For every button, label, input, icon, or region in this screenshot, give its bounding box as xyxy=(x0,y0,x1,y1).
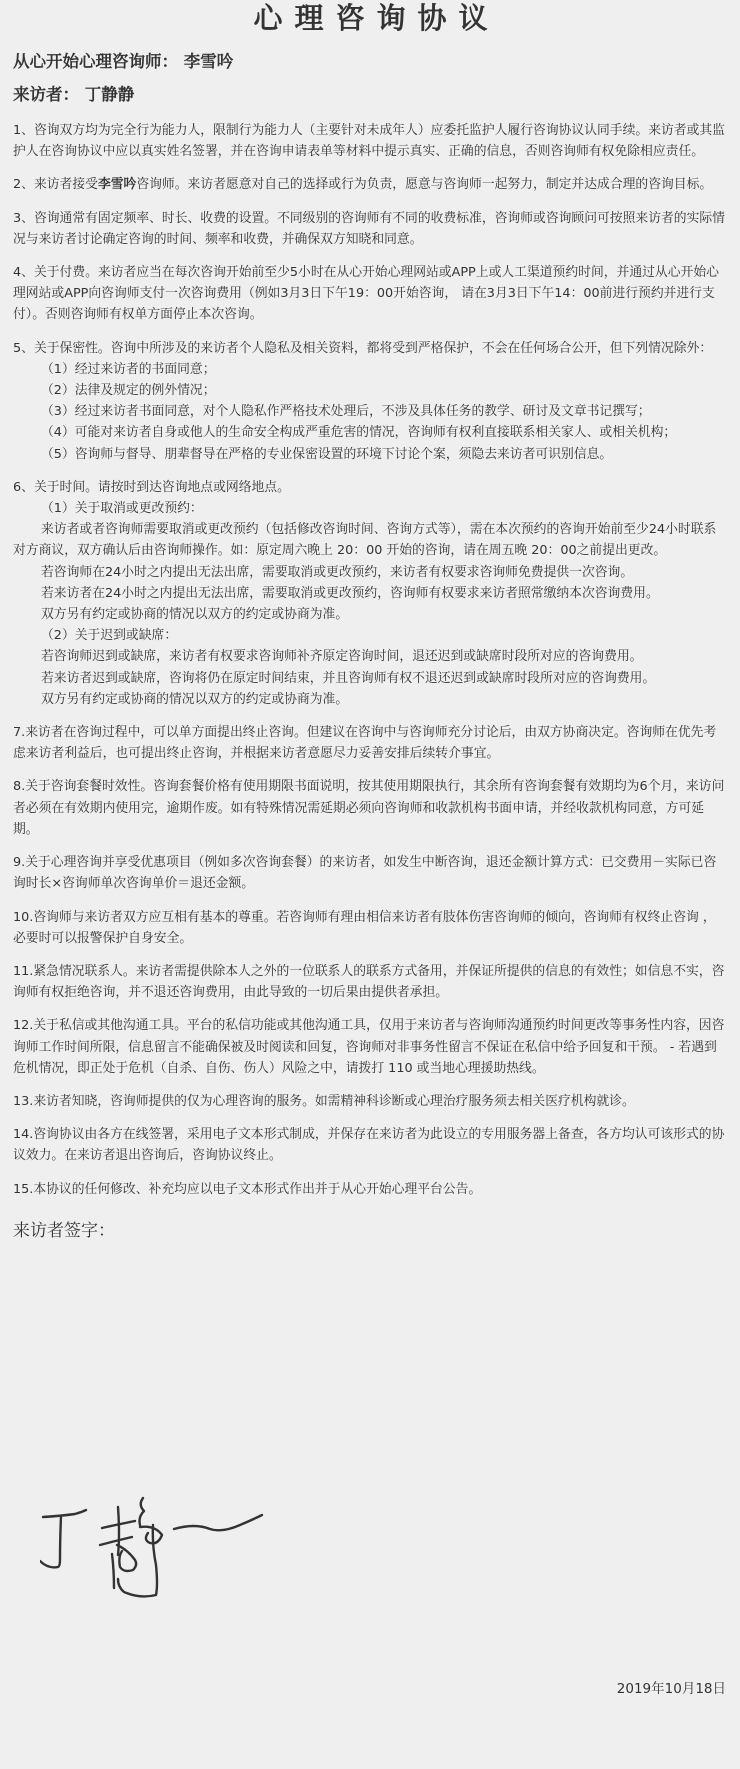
clause-5-item: （2）法律及规定的例外情况； xyxy=(13,380,728,401)
clause-6-sub2-title: （2）关于迟到或缺席： xyxy=(13,625,728,646)
clause-6-sub1-item: 双方另有约定或协商的情况以双方的约定或协商为准。 xyxy=(13,604,728,625)
clause-6-sub1-item: 来访者或者咨询师需要取消或更改预约（包括修改咨询时间、咨询方式等），需在本次预约… xyxy=(13,519,728,561)
clause-9: 9.关于心理咨询并享受优惠项目（例如多次咨询套餐）的来访者，如发生中断咨询，退还… xyxy=(13,852,728,894)
clause-4: 4、关于付费。来访者应当在每次咨询开始前至少5小时在从心开始心理网站或APP上或… xyxy=(13,262,728,326)
clause-13: 13.来访者知晓，咨询师提供的仅为心理咨询的服务。如需精神科诊断或心理治疗服务须… xyxy=(13,1091,728,1112)
clause-5-item: （5）咨询师与督导、朋辈督导在严格的专业保密设置的环境下讨论个案，须隐去来访者可… xyxy=(13,444,728,465)
clause-2-pre: 2、来访者接受 xyxy=(13,177,98,192)
clause-6-sub2-item: 双方另有约定或协商的情况以双方的约定或协商为准。 xyxy=(13,689,728,710)
clause-6: 6、关于时间。请按时到达咨询地点或网络地点。 xyxy=(13,477,728,498)
clause-6-sub2-item: 若来访者迟到或缺席，咨询将仍在原定时间结束，并且咨询师有权不退还迟到或缺席时段所… xyxy=(13,668,728,689)
clause-6-sub1-item: 若咨询师在24小时之内提出无法出席，需要取消或更改预约，来访者有权要求咨询师免费… xyxy=(13,562,728,583)
page-title: 心理咨询协议 xyxy=(13,0,728,34)
clause-10: 10.咨询师与来访者双方应互相有基本的尊重。若咨询师有理由相信来访者有肢体伤害咨… xyxy=(13,907,728,949)
agreement-document: 心理咨询协议 从心开始心理咨询师： 李雪吟 来访者： 丁静静 1、咨询双方均为完… xyxy=(13,0,728,1244)
counselor-line: 从心开始心理咨询师： 李雪吟 xyxy=(13,50,728,74)
clause-2-post: 咨询师。来访者愿意对自己的选择或行为负责，愿意与咨询师一起努力，制定并达成合理的… xyxy=(136,177,712,192)
clause-14: 14.咨询协议由各方在线签署，采用电子文本形式制成，并保存在来访者为此设立的专用… xyxy=(13,1124,728,1166)
clause-6-sub2-item: 若咨询师迟到或缺席，来访者有权要求咨询师补齐原定咨询时间，退还迟到或缺席时段所对… xyxy=(13,646,728,667)
clause-7: 7.来访者在咨询过程中，可以单方面提出终止咨询。但建议在咨询中与咨询师充分讨论后… xyxy=(13,722,728,764)
clause-3: 3、咨询通常有固定频率、时长、收费的设置。不同级别的咨询师有不同的收费标准，咨询… xyxy=(13,208,728,250)
signature-date: 2019年10月18日 xyxy=(617,1677,726,1697)
counselor-name: 李雪吟 xyxy=(98,177,136,192)
clause-2: 2、来访者接受李雪吟咨询师。来访者愿意对自己的选择或行为负责，愿意与咨询师一起努… xyxy=(13,174,728,195)
clause-6-sub1-title: （1）关于取消或更改预约： xyxy=(13,498,728,519)
clause-6-sub1-item: 若来访者在24小时之内提出无法出席，需要取消或更改预约，咨询师有权要求来访者照常… xyxy=(13,583,728,604)
clause-15: 15.本协议的任何修改、补充均应以电子文本形式作出并于从心开始心理平台公告。 xyxy=(13,1179,728,1200)
clause-5-item: （1）经过来访者的书面同意； xyxy=(13,359,728,380)
client-line: 来访者： 丁静静 xyxy=(13,83,728,107)
handwritten-signature xyxy=(40,1495,360,1645)
clause-11: 11.紧急情况联系人。来访者需提供除本人之外的一位联系人的联系方式备用，并保证所… xyxy=(13,961,728,1003)
signature-label: 来访者签字： xyxy=(13,1218,728,1244)
clause-8: 8.关于咨询套餐时效性。咨询套餐价格有使用期限书面说明，按其使用期限执行，其余所… xyxy=(13,776,728,840)
clause-5-item: （4）可能对来访者自身或他人的生命安全构成严重危害的情况，咨询师有权利直接联系相… xyxy=(13,422,728,443)
clause-5: 5、关于保密性。咨询中所涉及的来访者个人隐私及相关资料，都将受到严格保护，不会在… xyxy=(13,338,728,359)
clause-5-item: （3）经过来访者书面同意，对个人隐私作严格技术处理后，不涉及具体任务的教学、研讨… xyxy=(13,401,728,422)
clause-12: 12.关于私信或其他沟通工具。平台的私信功能或其他沟通工具，仅用于来访者与咨询师… xyxy=(13,1015,728,1079)
clause-1: 1、咨询双方均为完全行为能力人，限制行为能力人（主要针对未成年人）应委托监护人履… xyxy=(13,120,728,162)
